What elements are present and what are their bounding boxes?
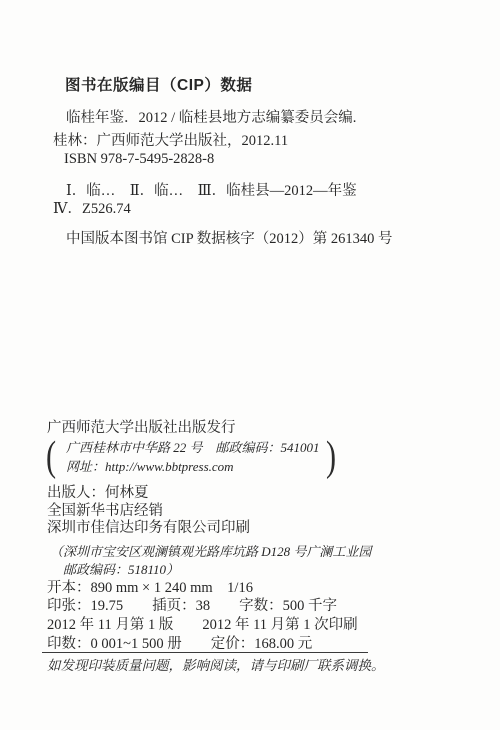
- copyright-page: 图书在版编目（CIP）数据 临桂年鉴．2012 / 临桂县地方志编纂委员会编. …: [0, 0, 500, 730]
- issuer-line: 出版人：何林夏: [47, 485, 149, 502]
- cip-heading: 图书在版编目（CIP）数据: [65, 77, 252, 94]
- sheets-line: 印张：19.75 插页：38 字数：500 千字: [47, 598, 337, 615]
- cip-record-line: 中国版本图书馆 CIP 数据核字（2012）第 261340 号: [66, 231, 393, 248]
- cip-classification-line: Ⅳ．Z526.74: [53, 201, 131, 218]
- format-line: 开本：890 mm × 1 240 mm 1/16: [47, 580, 253, 597]
- quality-notice-line: 如发现印装质量问题，影响阅读，请与印刷厂联系调换。: [47, 657, 385, 674]
- publisher-line: 广西师范大学出版社出版发行: [47, 420, 236, 437]
- printer-line: 深圳市佳信达印务有限公司印刷: [47, 520, 250, 537]
- close-paren: ): [326, 436, 336, 478]
- printer-address-line-2: 邮政编码：518110）: [63, 561, 179, 578]
- cip-publisher-line: 桂林：广西师范大学出版社，2012.11: [53, 133, 288, 150]
- divider-rule: [42, 652, 368, 653]
- open-paren: (: [46, 436, 56, 478]
- cip-title-line: 临桂年鉴．2012 / 临桂县地方志编纂委员会编.: [66, 110, 356, 127]
- print-run-line: 印数：0 001~1 500 册 定价：168.00 元: [47, 636, 312, 653]
- printer-address-line-1: （深圳市宝安区观澜镇观光路库坑路 D128 号广澜工业园: [50, 543, 371, 560]
- publisher-address-line: 广西桂林市中华路 22 号 邮政编码：541001: [66, 438, 322, 457]
- edition-line: 2012 年 11 月第 1 版 2012 年 11 月第 1 次印刷: [47, 617, 358, 634]
- publisher-website-line: 网址：http://www.bbtpress.com: [66, 457, 322, 476]
- publisher-address-block: ( 广西桂林市中华路 22 号 邮政编码：541001 网址：http://ww…: [44, 436, 338, 478]
- cip-isbn-line: ISBN 978-7-5495-2828-8: [64, 151, 214, 168]
- cip-subjects-line: Ⅰ．临… Ⅱ．临… Ⅲ．临桂县—2012—年鉴: [66, 183, 357, 200]
- distribution-line: 全国新华书店经销: [47, 503, 163, 520]
